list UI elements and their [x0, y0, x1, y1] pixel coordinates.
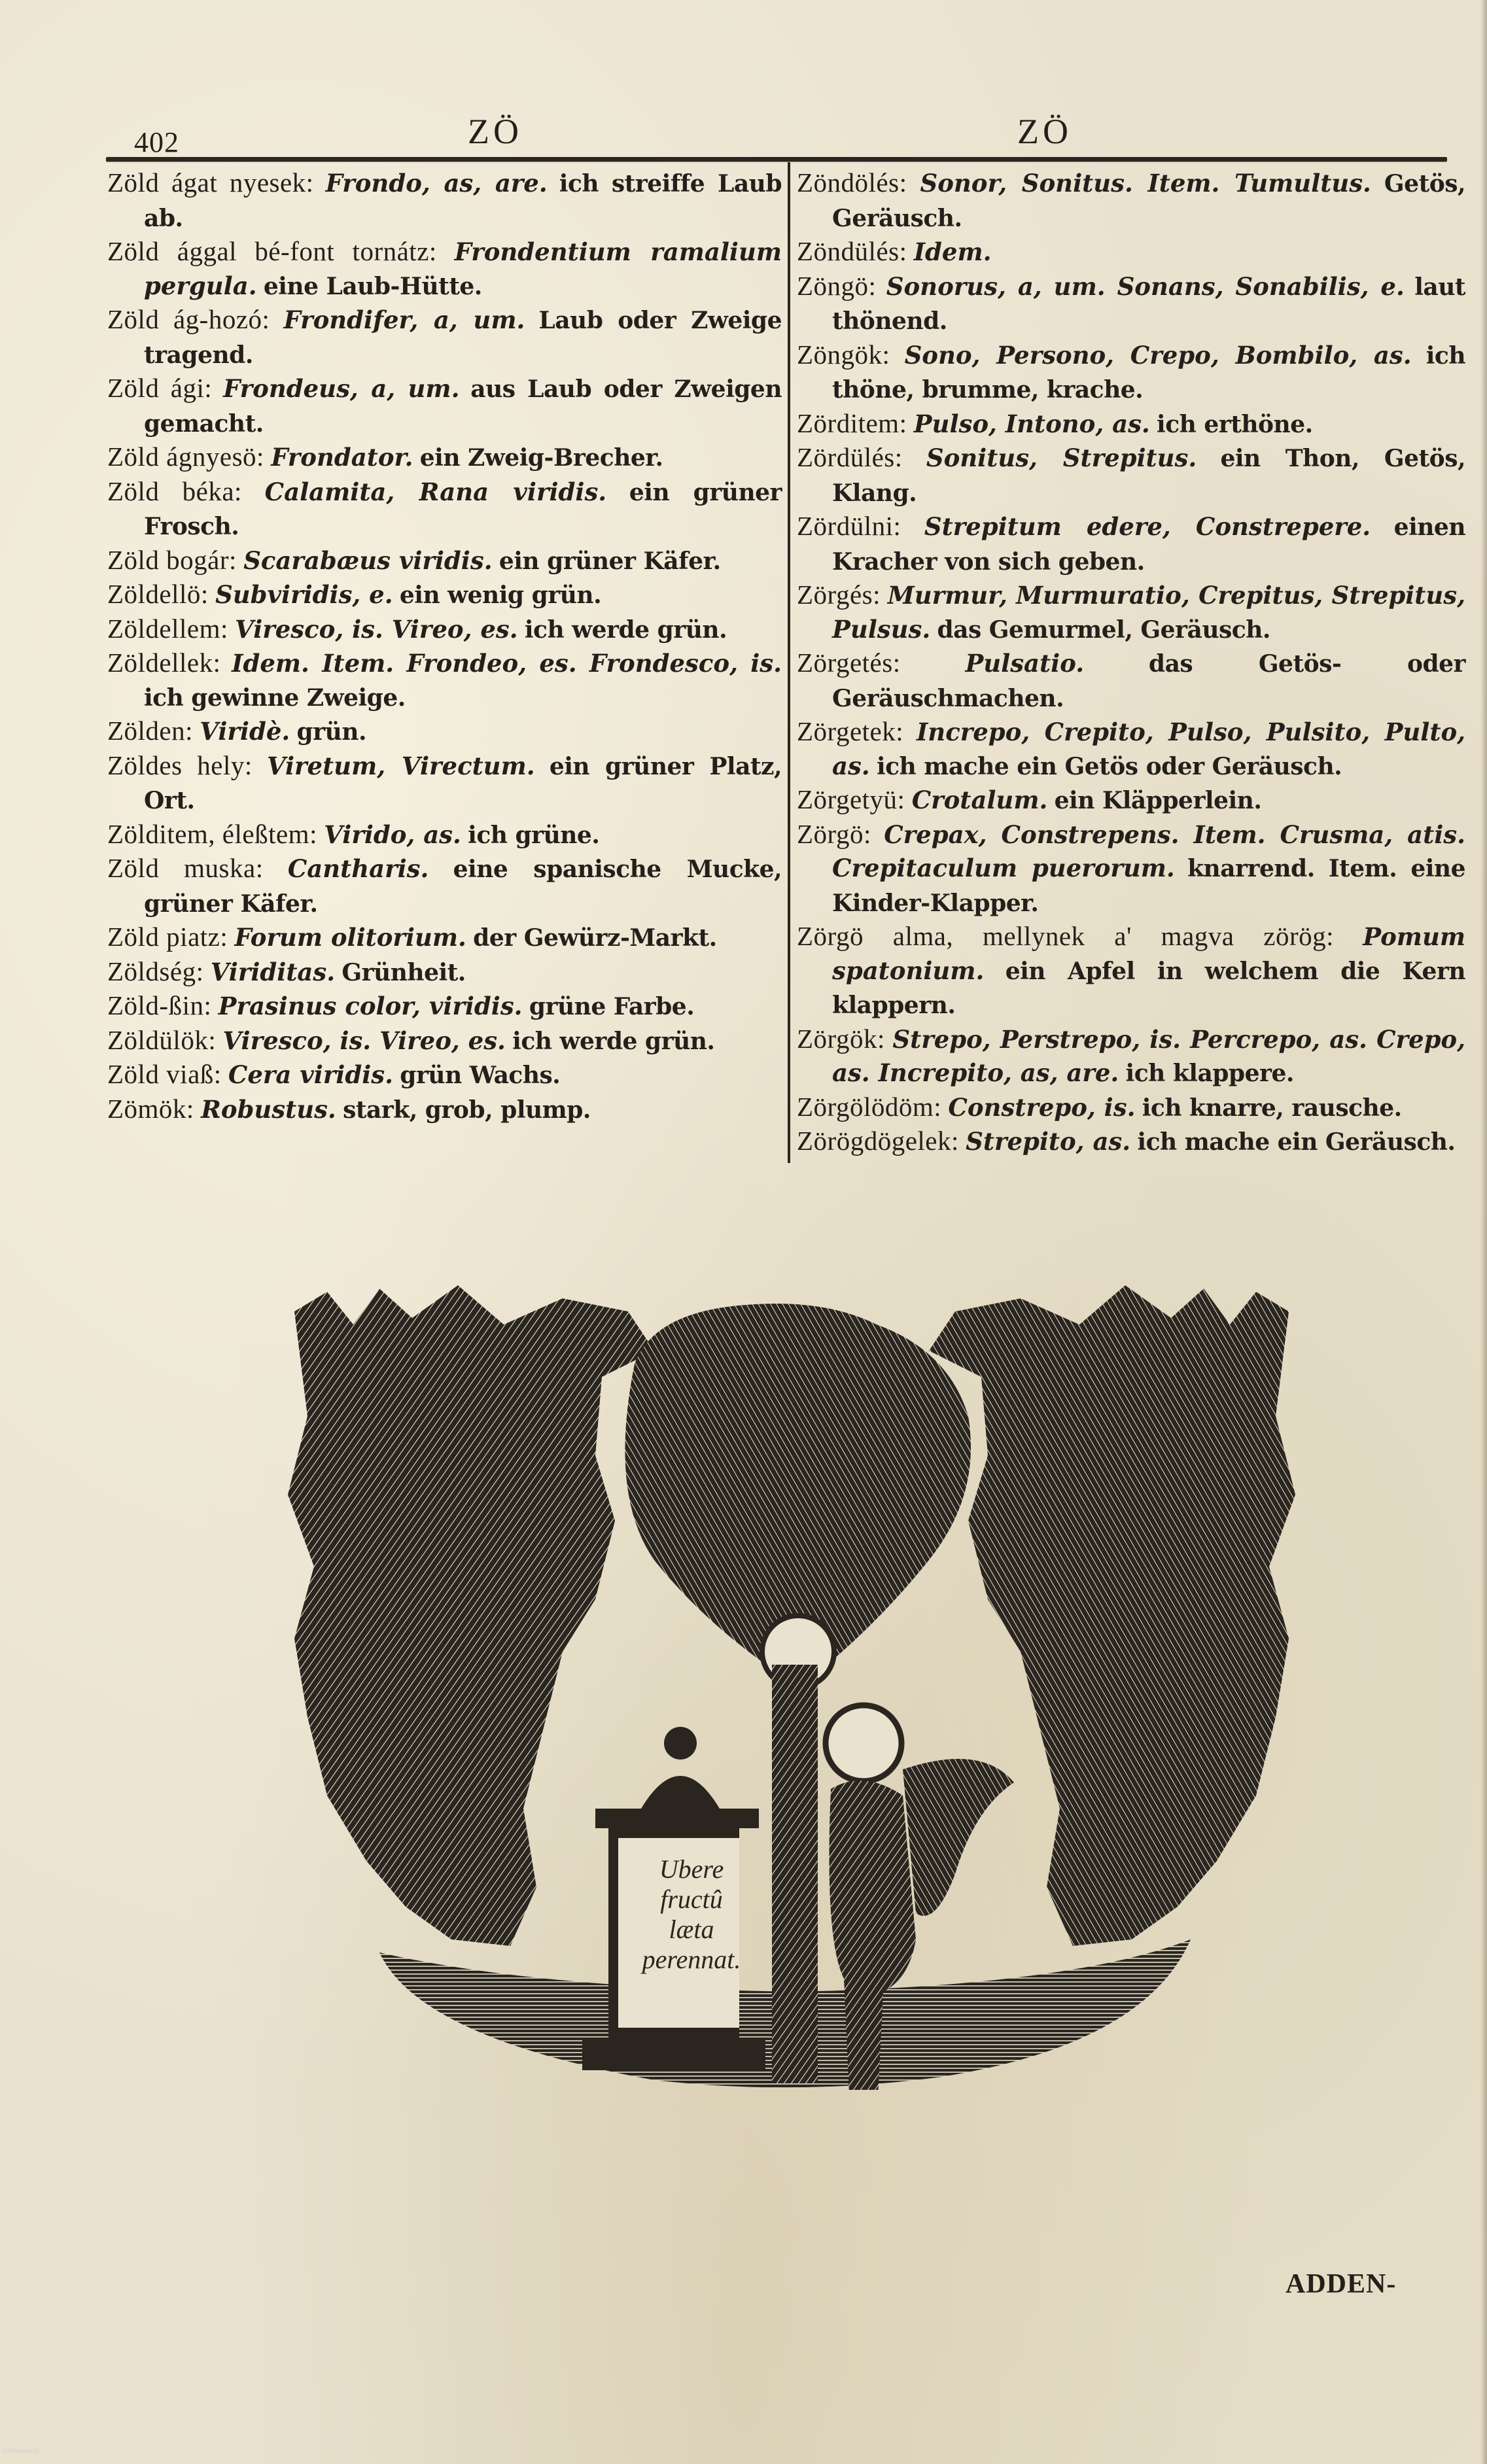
- latin-gloss: Viridè.: [200, 717, 290, 746]
- vignette-motto: Ubere fructû læta perennat.: [623, 1854, 760, 1975]
- headword: Zörögdögelek:: [797, 1126, 959, 1156]
- headword: Zörditem:: [797, 408, 907, 438]
- running-head-left: ZÖ: [468, 111, 523, 152]
- headword: Zöld ágnyesö:: [107, 442, 264, 472]
- motto-line: læta: [623, 1915, 760, 1945]
- headword: Zörgetek:: [797, 716, 903, 746]
- latin-gloss: Frondo, as, are.: [326, 169, 548, 198]
- motto-line: perennat.: [623, 1945, 760, 1975]
- german-gloss: ein wenig grün.: [400, 581, 601, 609]
- latin-gloss: Sonitus, Strepitus.: [926, 443, 1197, 472]
- dictionary-entry: Zörgetek: Increpo, Crepito, Pulso, Pulsi…: [792, 715, 1465, 783]
- german-gloss: grüne Farbe.: [529, 993, 694, 1020]
- dictionary-entry: Zöld béka: Calamita, Rana viridis. ein g…: [105, 475, 782, 544]
- headword: Zöldülök:: [107, 1025, 216, 1055]
- woodcut-vignette: Ubere fructû læta perennat.: [288, 1285, 1295, 2090]
- headword: Zömök:: [107, 1094, 194, 1124]
- headword: Zöngö:: [797, 271, 876, 301]
- page-edge-shadow: [1480, 0, 1487, 2464]
- dictionary-entry: Zöndülés: Idem.: [792, 235, 1465, 269]
- dictionary-entry: Zöld bogár: Scarabæus viridis. ein grüne…: [105, 544, 782, 578]
- headword: Zörgö:: [797, 819, 871, 849]
- dictionary-entry: Zöldség: Viriditas. Grünheit.: [105, 955, 782, 990]
- headword: Zörgölödöm:: [797, 1092, 941, 1122]
- dictionary-entry: Zörgés: Murmur, Murmuratio, Crepitus, St…: [792, 578, 1465, 646]
- latin-gloss: Calamita, Rana viridis.: [265, 477, 607, 506]
- dictionary-entry: Zöld muska: Cantharis. eine spanische Mu…: [105, 852, 782, 920]
- headword: Zöld ági:: [107, 373, 212, 403]
- headword: Zöld piatz:: [107, 922, 228, 952]
- headword: Zörgetyü:: [797, 784, 905, 814]
- dictionary-entry: Zörögdögelek: Strepito, as. ich mache ei…: [792, 1124, 1465, 1159]
- dictionary-entry: Zöngö: Sonorus, a, um. Sonans, Sonabilis…: [792, 269, 1465, 338]
- latin-gloss: Prasinus color, viridis.: [219, 992, 523, 1020]
- latin-gloss: Sono, Persono, Crepo, Bombilo, as.: [905, 341, 1412, 370]
- running-head-right: ZÖ: [1017, 111, 1072, 152]
- dictionary-entry: Zöld piatz: Forum olitorium. der Gewürz-…: [105, 920, 782, 955]
- latin-gloss: Cantharis.: [288, 854, 429, 883]
- german-gloss: ich mache ein Getös oder Geräusch.: [877, 753, 1342, 780]
- latin-gloss: Pulso, Intono, as.: [914, 409, 1150, 438]
- dictionary-entry: Zörgölödöm: Constrepo, is. ich knarre, r…: [792, 1090, 1465, 1125]
- dictionary-entry: Zörditem: Pulso, Intono, as. ich erthöne…: [792, 407, 1465, 442]
- german-gloss: ich erthöne.: [1157, 411, 1313, 438]
- german-gloss: Grünheit.: [341, 959, 465, 986]
- headword: Zöndölés:: [797, 167, 907, 198]
- dictionary-entry: Zörgök: Strepo, Perstrepo, is. Percrepo,…: [792, 1022, 1465, 1090]
- headword: Zöngök:: [797, 339, 890, 370]
- headword: Zöldség:: [107, 956, 203, 986]
- headword: Zördülni:: [797, 511, 901, 541]
- dictionary-entry: Zörgetés: Pulsatio. das Getös- oder Gerä…: [792, 646, 1465, 715]
- headword: Zöldes hely:: [107, 750, 253, 780]
- headword: Zöld ág-hozó:: [107, 304, 270, 334]
- motto-line: Ubere: [623, 1854, 760, 1884]
- german-gloss: ein Zweig-Brecher.: [420, 444, 663, 472]
- headword: Zöld ágat nyesek:: [107, 167, 314, 198]
- german-gloss: ich grüne.: [468, 822, 599, 849]
- dictionary-entry: Zöld ággal bé-font tornátz: Frondentium …: [105, 235, 782, 303]
- german-gloss: ich werde grün.: [525, 616, 727, 644]
- right-column: Zöndölés: Sonor, Sonitus. Item. Tumultus…: [792, 166, 1465, 1159]
- dictionary-entry: Zördülés: Sonitus, Strepitus. ein Thon, …: [792, 441, 1465, 510]
- dictionary-entry: Zöld-ßin: Prasinus color, viridis. grüne…: [105, 989, 782, 1024]
- dictionary-entry: Zörgö: Crepax, Constrepens. Item. Crusma…: [792, 818, 1465, 920]
- dictionary-entry: Zörgetyü: Crotalum. ein Kläpperlein.: [792, 783, 1465, 818]
- catchword: ADDEN-: [1286, 2268, 1396, 2300]
- latin-gloss: Viresco, is. Vireo, es.: [222, 1026, 505, 1055]
- german-gloss: eine Laub-Hütte.: [264, 273, 482, 300]
- german-gloss: das Getös- oder Geräuschmachen.: [832, 650, 1465, 712]
- headword: Zörgetés:: [797, 648, 901, 678]
- latin-gloss: Sonorus, a, um. Sonans, Sonabilis, e.: [886, 272, 1405, 301]
- dictionary-entry: Zömök: Robustus. stark, grob, plump.: [105, 1092, 782, 1127]
- page-number: 402: [134, 126, 179, 159]
- german-gloss: das Gemurmel, Geräusch.: [937, 616, 1270, 644]
- dictionary-entry: Zöldellem: Viresco, is. Vireo, es. ich w…: [105, 612, 782, 647]
- latin-gloss: Constrepo, is.: [948, 1093, 1135, 1122]
- headword: Zörgés:: [797, 580, 881, 610]
- headword: Zörgök:: [797, 1024, 885, 1054]
- german-gloss: der Gewürz-Markt.: [473, 924, 717, 952]
- german-gloss: grün.: [297, 718, 367, 746]
- latin-gloss: Sonor, Sonitus. Item. Tumultus.: [920, 169, 1371, 198]
- dictionary-entry: Zöld viaß: Cera viridis. grün Wachs.: [105, 1058, 782, 1092]
- watermark: Antikvarium.hu: [1, 2448, 41, 2454]
- latin-gloss: Scarabæus viridis.: [243, 546, 492, 575]
- headword: Zöld muska:: [107, 853, 264, 883]
- latin-gloss: Frondator.: [271, 443, 413, 472]
- latin-gloss: Forum olitorium.: [235, 923, 466, 952]
- german-gloss: ein Kläpperlein.: [1055, 787, 1262, 814]
- headword: Zölditem, éleßtem:: [107, 819, 317, 849]
- latin-gloss: Viretum, Virectum.: [267, 752, 535, 780]
- latin-gloss: Pulsatio.: [965, 649, 1084, 678]
- woodcut-tree-cherub-icon: [288, 1285, 1295, 2090]
- dictionary-entry: Zöld ágat nyesek: Frondo, as, are. ich s…: [105, 166, 782, 235]
- german-gloss: grün Wachs.: [400, 1062, 560, 1089]
- dictionary-entry: Zöldellö: Subviridis, e. ein wenig grün.: [105, 578, 782, 612]
- german-gloss: stark, grob, plump.: [343, 1096, 591, 1124]
- latin-gloss: Idem. Item. Frondeo, es. Frondesco, is.: [232, 649, 782, 678]
- headword: Zölden:: [107, 716, 193, 746]
- dictionary-entry: Zöldes hely: Viretum, Virectum. ein grün…: [105, 749, 782, 818]
- dictionary-entry: Zöld ágnyesö: Frondator. ein Zweig-Brech…: [105, 440, 782, 475]
- german-gloss: ich knarre, rausche.: [1142, 1094, 1402, 1122]
- left-column: Zöld ágat nyesek: Frondo, as, are. ich s…: [105, 166, 782, 1126]
- latin-gloss: Strepitum edere, Constrepere.: [924, 512, 1371, 541]
- dictionary-entry: Zöld ág-hozó: Frondifer, a, um. Laub ode…: [105, 303, 782, 372]
- dictionary-entry: Zöld ági: Frondeus, a, um. aus Laub oder…: [105, 372, 782, 440]
- latin-gloss: Idem.: [914, 237, 992, 266]
- headword: Zöld-ßin:: [107, 990, 211, 1020]
- headword: Zöld béka:: [107, 476, 242, 506]
- latin-gloss: Viriditas.: [211, 958, 335, 986]
- column-divider: [788, 162, 790, 1163]
- latin-gloss: Robustus.: [201, 1095, 336, 1124]
- page-header: 402 ZÖ ZÖ: [105, 116, 1452, 162]
- headword: Zöld ággal bé-font tornátz:: [107, 236, 437, 266]
- latin-gloss: Frondeus, a, um.: [223, 374, 459, 403]
- latin-gloss: Viresco, is. Vireo, es.: [235, 615, 517, 644]
- header-rule: [106, 157, 1447, 162]
- motto-line: fructû: [623, 1884, 760, 1915]
- dictionary-entry: Zöldellek: Idem. Item. Frondeo, es. Fron…: [105, 646, 782, 714]
- dictionary-entry: Zöldülök: Viresco, is. Vireo, es. ich we…: [105, 1024, 782, 1058]
- dictionary-entry: Zöngök: Sono, Persono, Crepo, Bombilo, a…: [792, 338, 1465, 407]
- latin-gloss: Frondifer, a, um.: [283, 305, 525, 334]
- latin-gloss: Crotalum.: [912, 786, 1048, 814]
- german-gloss: ich gewinne Zweige.: [144, 684, 406, 712]
- headword: Zöndülés:: [797, 236, 907, 266]
- latin-gloss: Virido, as.: [324, 820, 461, 849]
- headword: Zördülés:: [797, 442, 903, 472]
- german-gloss: ich mache ein Geräusch.: [1137, 1128, 1455, 1156]
- latin-gloss: Strepito, as.: [966, 1127, 1130, 1156]
- german-gloss: ich klappere.: [1126, 1060, 1294, 1087]
- german-gloss: ein grüner Käfer.: [499, 547, 721, 575]
- dictionary-entry: Zölden: Viridè. grün.: [105, 714, 782, 749]
- german-gloss: ich werde grün.: [512, 1028, 714, 1055]
- dictionary-entry: Zördülni: Strepitum edere, Constrepere. …: [792, 510, 1465, 578]
- latin-gloss: Cera viridis.: [228, 1060, 393, 1089]
- headword: Zöld bogár:: [107, 545, 237, 575]
- headword: Zöldellö:: [107, 579, 209, 609]
- headword: Zöldellek:: [107, 648, 221, 678]
- headword: Zörgö alma, mellynek a' magva zörög:: [797, 921, 1334, 951]
- headword: Zöldellem:: [107, 614, 228, 644]
- headword: Zöld viaß:: [107, 1059, 222, 1089]
- dictionary-entry: Zölditem, éleßtem: Virido, as. ich grüne…: [105, 818, 782, 852]
- dictionary-entry: Zörgö alma, mellynek a' magva zörög: Pom…: [792, 920, 1465, 1022]
- dictionary-entry: Zöndölés: Sonor, Sonitus. Item. Tumultus…: [792, 166, 1465, 235]
- latin-gloss: Subviridis, e.: [215, 580, 393, 609]
